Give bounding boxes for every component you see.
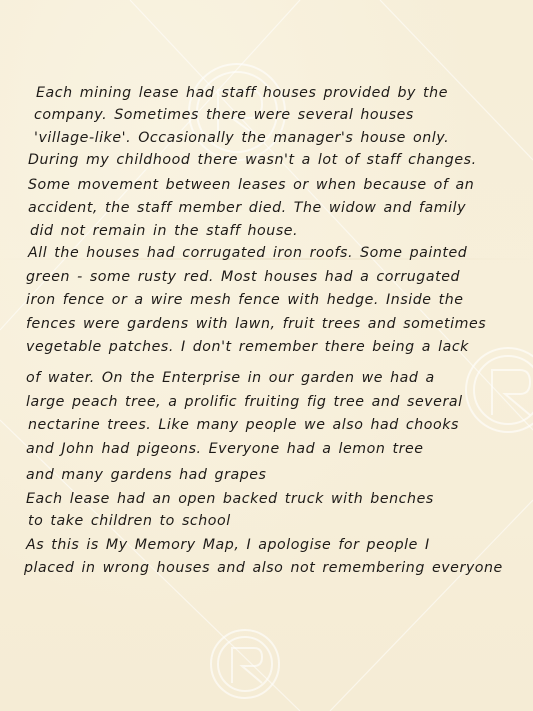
text-line: large peach tree, a prolific fruiting fi… (26, 395, 463, 409)
text-line: fences were gardens with lawn, fruit tre… (26, 317, 486, 331)
text-line: vegetable patches. I don't remember ther… (26, 340, 469, 354)
text-line: As this is My Memory Map, I apologise fo… (26, 538, 430, 552)
text-line: Each mining lease had staff houses provi… (36, 86, 448, 100)
text-line: and John had pigeons. Everyone had a lem… (26, 442, 424, 456)
text-line: did not remain in the staff house. (30, 224, 298, 238)
text-line: of water. On the Enterprise in our garde… (26, 371, 435, 385)
text-line: accident, the staff member died. The wid… (28, 201, 466, 215)
text-line: All the houses had corrugated iron roofs… (28, 246, 467, 260)
text-line: green - some rusty red. Most houses had … (26, 270, 460, 284)
text-line: company. Sometimes there were several ho… (34, 108, 414, 122)
text-line: and many gardens had grapes (26, 468, 266, 482)
text-line: Some movement between leases or when bec… (28, 178, 474, 192)
text-line: placed in wrong houses and also not reme… (24, 561, 503, 575)
text-line: iron fence or a wire mesh fence with hed… (26, 293, 464, 307)
text-line: 'village-like'. Occasionally the manager… (34, 131, 449, 145)
text-line: nectarine trees. Like many people we als… (28, 418, 459, 432)
text-line: to take children to school (28, 514, 231, 528)
text-line: Each lease had an open backed truck with… (26, 492, 434, 506)
text-line: During my childhood there wasn't a lot o… (28, 153, 477, 167)
